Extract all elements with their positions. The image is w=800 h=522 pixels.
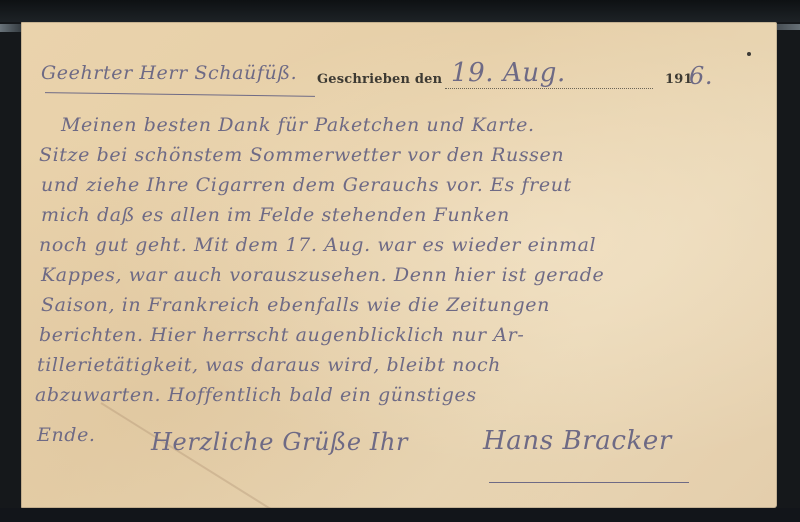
body-line: tillerietätigkeit, was daraus wird, blei… [37,354,501,376]
sleeve-glint-left [0,24,22,32]
body-line: mich daß es allen im Felde stehenden Fun… [41,204,510,226]
signature: Hans Bracker [483,426,672,456]
date-dotted-line [445,88,653,89]
body-line: berichten. Hier herrscht augenblicklich … [39,324,524,346]
signature-underline [489,482,689,483]
salutation-underline [45,92,315,97]
closing: Herzliche Grüße Ihr [151,428,408,456]
scan-background-top [0,0,800,22]
body-line: Kappes, war auch vorauszusehen. Denn hie… [41,264,604,286]
body-line: und ziehe Ihre Cigarren dem Gerauchs vor… [41,174,572,196]
handwritten-year-digit: 6. [689,62,713,90]
handwritten-date: 19. Aug. [451,58,566,88]
body-line: abzuwarten. Hoffentlich bald ein günstig… [35,384,477,406]
salutation: Geehrter Herr Schaüfüß. [41,62,297,84]
printed-date-label: Geschrieben den [317,72,442,87]
ink-speck [747,52,751,56]
body-line: Saison, in Frankreich ebenfalls wie die … [41,294,550,316]
body-line: Sitze bei schönstem Sommerwetter vor den… [39,144,564,166]
body-line: Meinen besten Dank für Paketchen und Kar… [61,114,535,136]
body-line: noch gut geht. Mit dem 17. Aug. war es w… [39,234,596,256]
scan-background-bottom [0,508,800,522]
postcard: Geehrter Herr Schaüfüß. Geschrieben den … [21,22,777,508]
body-line: Ende. [37,424,96,446]
